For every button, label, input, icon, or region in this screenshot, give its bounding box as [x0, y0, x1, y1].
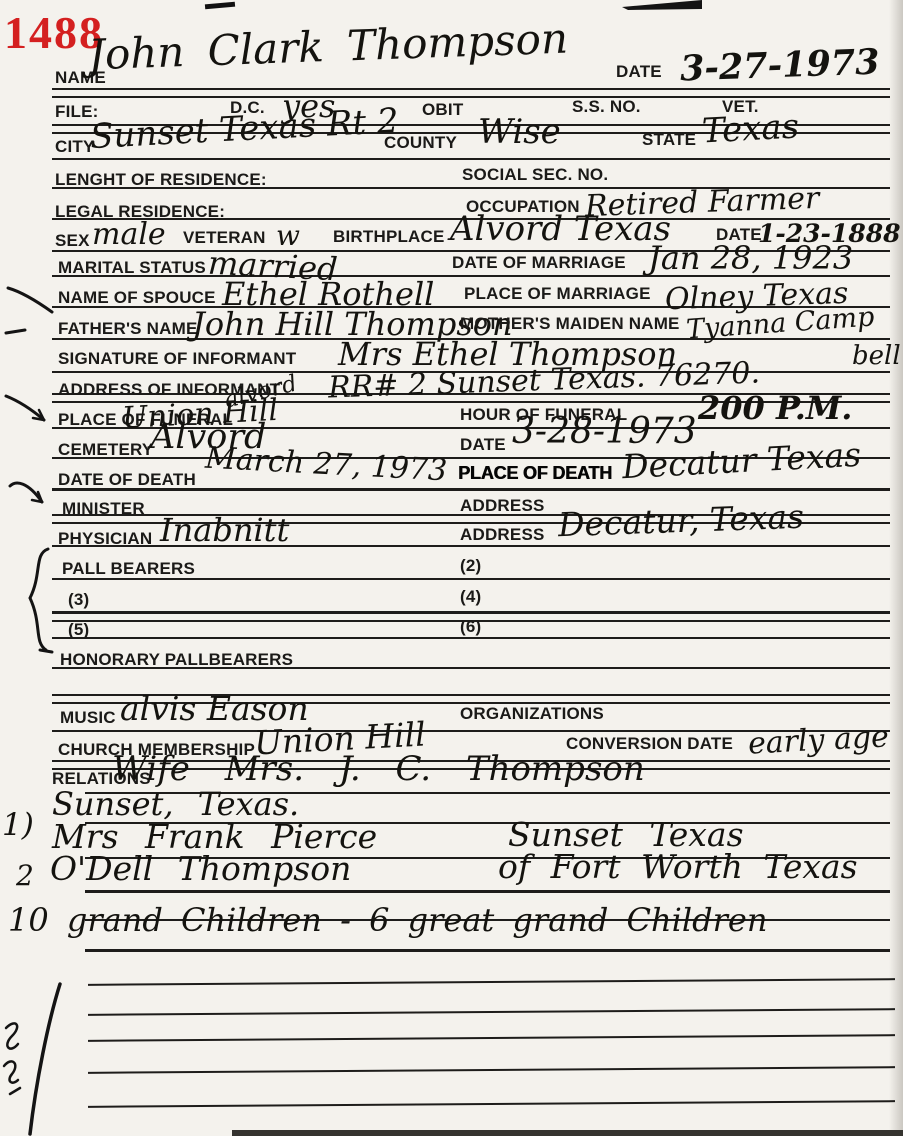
relations-line4: O'Dell Thompson	[50, 852, 351, 885]
funeral-record-card: 1488 NAME John Clark Thompson DATE 3-27-…	[0, 0, 903, 1136]
funeral-hour-value: 200 P.M.	[698, 392, 852, 424]
burial-date-label: DATE	[460, 435, 506, 455]
death-date-label: DATE OF DEATH	[58, 470, 196, 490]
relations-line2: Sunset, Texas.	[52, 788, 299, 820]
state-value: Texas	[701, 109, 800, 148]
marriage-date-value: Jan 28, 1923	[648, 242, 853, 274]
county-value: Wise	[478, 115, 561, 149]
mother-maiden-name-label: MOTHER'S MAIDEN NAME	[460, 314, 680, 334]
rule-line	[85, 890, 890, 893]
death-place-value: Decatur Texas	[621, 438, 862, 483]
minister-row-arrow-mark	[8, 478, 50, 508]
veteran-value: w	[276, 222, 300, 250]
marital-status-label: MARITAL STATUS	[58, 258, 206, 278]
honorary-pallbearers-label: HONORARY PALLBEARERS	[60, 650, 293, 670]
pallbearer-4-label: (4)	[460, 587, 481, 607]
grandchildren-note: 10 grand Children - 6 great grand Childr…	[8, 904, 767, 936]
scan-bottom-edge	[232, 1130, 903, 1136]
scan-edge-shading	[889, 0, 903, 1136]
music-label: MUSIC	[60, 708, 116, 728]
conversion-date-value: early age	[747, 722, 889, 759]
state-label: STATE	[642, 130, 696, 150]
county-label: COUNTY	[384, 133, 457, 153]
organizations-label: ORGANIZATIONS	[460, 704, 604, 724]
date-label: DATE	[616, 62, 662, 82]
minister-address-label: ADDRESS	[460, 496, 545, 516]
rule-line	[52, 88, 890, 98]
rule-line	[85, 949, 890, 952]
rule-line	[88, 978, 895, 986]
marriage-date-label: DATE OF MARRIAGE	[452, 253, 626, 273]
physician-address-value: Decatur, Texas	[557, 500, 804, 542]
length-of-residence-label: LENGHT OF RESIDENCE:	[55, 170, 267, 190]
rule-line	[88, 1100, 895, 1108]
relations-line1: Wife Mrs. J. C. Thompson	[112, 752, 645, 786]
scan-blot-top	[622, 0, 702, 10]
rule-line	[88, 1034, 895, 1042]
mother-maiden-name-continuation: bell	[852, 343, 901, 369]
marriage-place-label: PLACE OF MARRIAGE	[464, 284, 651, 304]
birthplace-label: BIRTHPLACE	[333, 227, 445, 247]
pallbearer-5-label: (5)	[68, 620, 89, 640]
name-value: John Clark Thompson	[87, 18, 568, 77]
sex-label: SEX	[55, 231, 90, 251]
spouse-row-check-mark	[6, 284, 54, 316]
relations-margin-mark-1: 1)	[2, 810, 34, 841]
physician-label: PHYSICIAN	[58, 529, 152, 549]
rule-line	[88, 1066, 895, 1074]
physician-value: Inabnitt	[160, 514, 289, 546]
social-sec-label: SOCIAL SEC. NO.	[462, 165, 608, 185]
city-value: Sunset Texas Rt 2	[89, 104, 399, 154]
pallbearer-6-label: (6)	[460, 617, 481, 637]
pen-dash-top	[205, 2, 235, 10]
relations-line4b: of Fort Worth Texas	[498, 850, 858, 883]
rule-line	[88, 1008, 895, 1016]
relations-margin-mark-2: 2	[16, 862, 34, 890]
pallbearer-3-label: (3)	[68, 590, 89, 610]
physician-address-label: ADDRESS	[460, 525, 545, 545]
pallbearers-label: PALL BEARERS	[62, 559, 195, 579]
minister-label: MINISTER	[62, 499, 145, 519]
birthplace-value: Alvord Texas	[450, 212, 671, 246]
obit-label: OBIT	[422, 100, 463, 120]
date-value: 3-27-1973	[679, 45, 880, 87]
cemetery-label: CEMETERY	[58, 440, 153, 460]
ssno-label: S.S. NO.	[572, 97, 641, 117]
rule-line	[52, 158, 890, 160]
funeral-row-arrow-mark	[4, 394, 50, 426]
informant-signature-label: SIGNATURE OF INFORMANT	[58, 349, 296, 369]
city-label: CITY	[55, 137, 95, 157]
death-date-value: March 27, 1973	[204, 444, 447, 487]
father-row-dash-mark	[4, 327, 28, 337]
pallbearers-brace-mark	[16, 546, 54, 658]
music-value: alvis Eason	[120, 692, 309, 725]
death-place-label: PLACE OF DEATH	[458, 463, 612, 484]
father-name-label: FATHER'S NAME	[58, 319, 198, 339]
rule-line	[52, 637, 890, 639]
sex-value: male	[92, 220, 166, 250]
margin-scribble-bottom	[0, 982, 70, 1136]
pallbearer-2-label: (2)	[460, 556, 481, 576]
